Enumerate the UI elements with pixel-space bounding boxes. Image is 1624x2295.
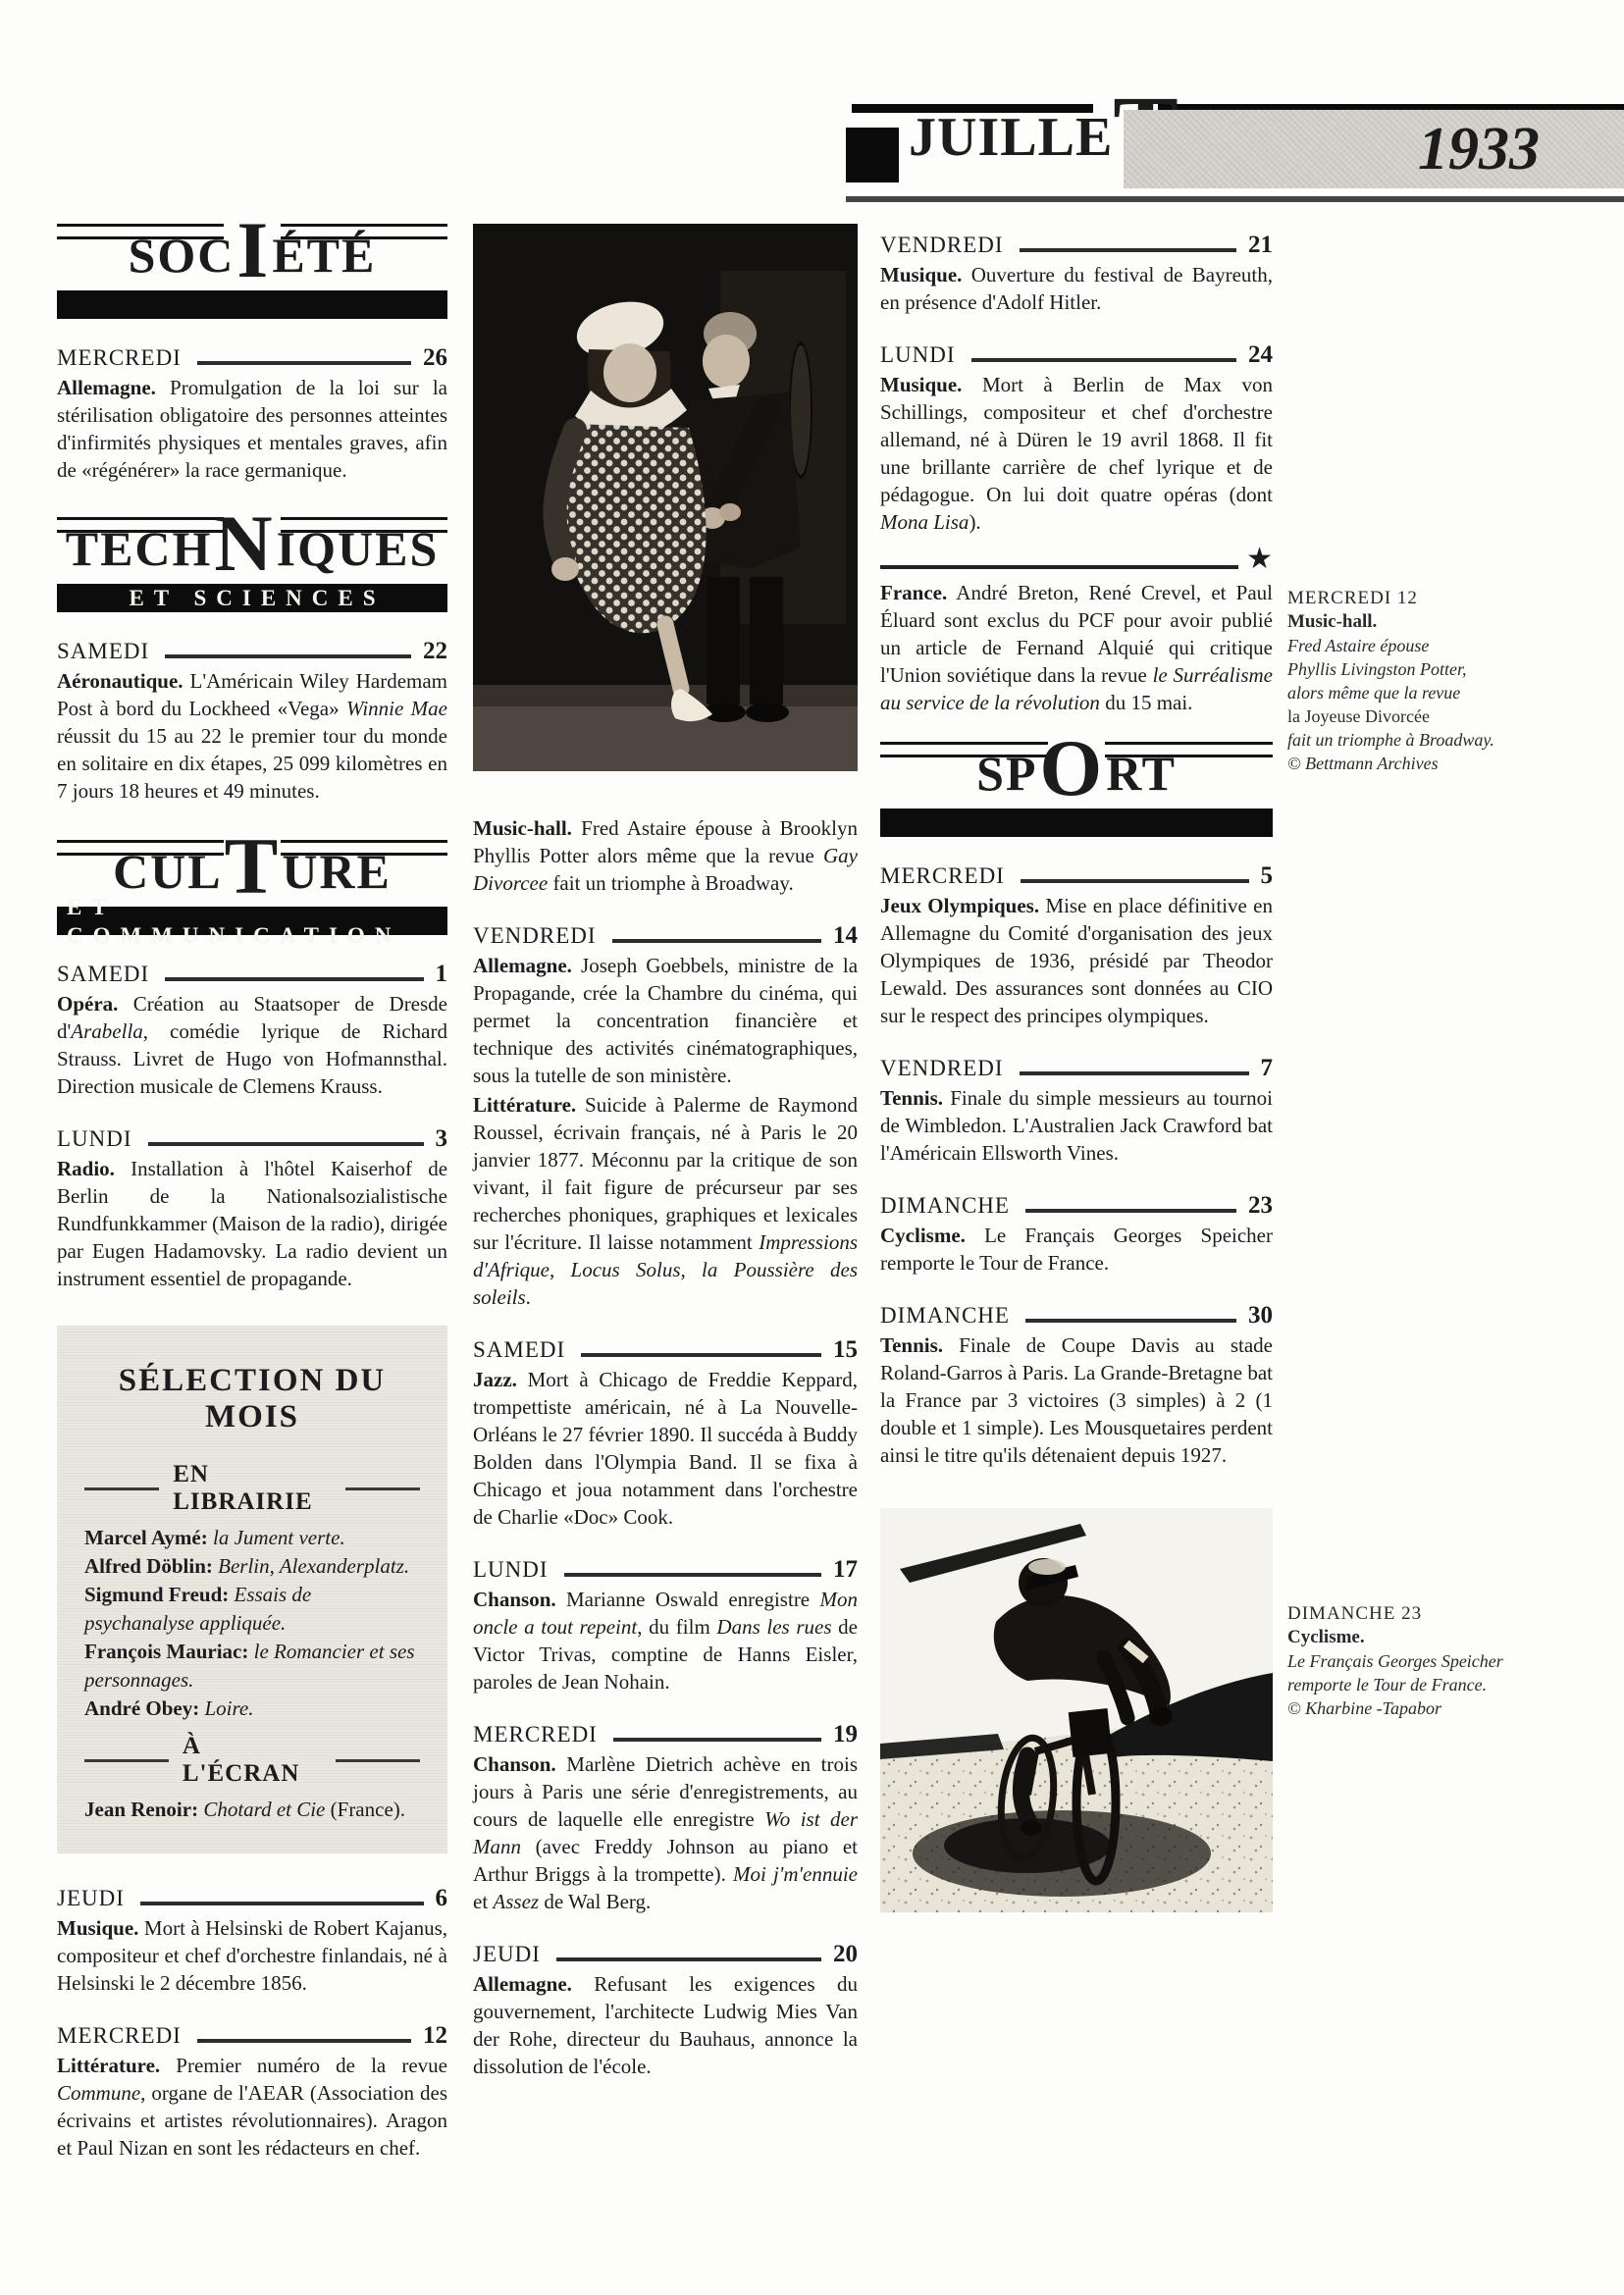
section-title-part: TECH bbox=[66, 521, 213, 576]
selection-rule bbox=[345, 1487, 420, 1490]
entry-day-rule bbox=[581, 1353, 821, 1357]
entry-samedi-15: SAMEDI 15 Jazz. Mort à Chicago de Freddi… bbox=[473, 1336, 858, 1531]
entry-day: LUNDI bbox=[880, 342, 956, 368]
entry-day-header: VENDREDI 7 bbox=[880, 1055, 1273, 1082]
masthead-bottom-rule bbox=[846, 196, 1624, 202]
selection-librairie-header: EN LIBRAIRIE bbox=[84, 1461, 420, 1516]
section-title-part: SOC bbox=[129, 228, 236, 283]
entry-day-rule bbox=[971, 358, 1236, 362]
entry-day-rule bbox=[556, 1957, 821, 1961]
section-title-part: IQUES bbox=[277, 521, 440, 576]
entry-day-header: MERCREDI 12 bbox=[57, 2022, 447, 2050]
entry-day: DIMANCHE bbox=[880, 1193, 1010, 1219]
entry-vendredi-7: VENDREDI 7 Tennis. Finale du simple mess… bbox=[880, 1055, 1273, 1167]
entry-body: Installation à l'hôtel Kaiserhof de Berl… bbox=[57, 1157, 447, 1290]
caption-lead: Music-hall. bbox=[473, 816, 572, 840]
entry-lead: Littérature. bbox=[473, 1093, 576, 1117]
section-bar: ET COMMUNICATION bbox=[57, 907, 447, 935]
entry-day-header: VENDREDI 14 bbox=[473, 922, 858, 950]
entry-lead: Musique. bbox=[880, 373, 962, 396]
entry-day-rule bbox=[197, 361, 411, 365]
entry-lead: Allemagne. bbox=[473, 1972, 572, 1996]
entry-day-header: SAMEDI 1 bbox=[57, 961, 447, 988]
book-author: Alfred Döblin: bbox=[84, 1554, 213, 1578]
entry-text: Musique. Ouverture du festival de Bayreu… bbox=[880, 261, 1273, 316]
entry-text: Musique. Mort à Berlin de Max von Schill… bbox=[880, 371, 1273, 536]
entry-day-number: 14 bbox=[833, 922, 858, 950]
entry-text: Allemagne. Refusant les exigences du gou… bbox=[473, 1970, 858, 2080]
entry-text: Chanson. Marianne Oswald enregistre Mon … bbox=[473, 1586, 858, 1695]
book-item: François Mauriac: le Romancier et ses pe… bbox=[84, 1638, 420, 1695]
photo-caption-paragraph: Music-hall. Fred Astaire épouse à Brookl… bbox=[473, 814, 858, 897]
caption-credit: © Kharbine -Tapabor bbox=[1287, 1696, 1616, 1720]
masthead: JUILLET 1933 bbox=[846, 94, 1624, 202]
entry-day-header: JEUDI 20 bbox=[473, 1941, 858, 1968]
column-middle: Music-hall. Fred Astaire épouse à Brookl… bbox=[473, 224, 858, 2080]
entry-day: VENDREDI bbox=[880, 1056, 1004, 1081]
entry-lundi-17: LUNDI 17 Chanson. Marianne Oswald enregi… bbox=[473, 1556, 858, 1695]
entry-lead: France. bbox=[880, 581, 947, 604]
entry-day: SAMEDI bbox=[473, 1337, 565, 1363]
entry-body: Mort à Chicago de Freddie Keppard, tromp… bbox=[473, 1368, 858, 1529]
entry-day-header: SAMEDI 22 bbox=[57, 638, 447, 665]
entry-day: VENDREDI bbox=[473, 923, 597, 949]
entry-day-number: 26 bbox=[423, 344, 447, 372]
caption-line: la Joyeuse Divorcée bbox=[1287, 704, 1616, 728]
column-right: VENDREDI 21 Musique. Ouverture du festiv… bbox=[880, 224, 1273, 1912]
entry-day-header: MERCREDI 19 bbox=[473, 1721, 858, 1748]
entry-day: MERCREDI bbox=[473, 1722, 598, 1747]
section-title-societe: SOCIÉTÉ bbox=[57, 224, 447, 287]
entry-lead: Cyclisme. bbox=[880, 1224, 966, 1247]
entry-day-number: 17 bbox=[833, 1556, 858, 1584]
entry-day-header: MERCREDI 5 bbox=[880, 862, 1273, 890]
section-sport: SPORT bbox=[880, 742, 1273, 837]
scanned-almanac-page: JUILLET 1933 SOCIÉTÉ MERCREDI 26 Allemag… bbox=[0, 0, 1624, 2295]
entry-day-header: DIMANCHE 30 bbox=[880, 1302, 1273, 1330]
selection-rule bbox=[336, 1759, 420, 1762]
caption-line: remporte le Tour de France. bbox=[1287, 1673, 1616, 1696]
entry-mercredi-19: MERCREDI 19 Chanson. Marlène Dietrich ac… bbox=[473, 1721, 858, 1915]
entry-lead: Chanson. bbox=[473, 1752, 556, 1776]
section-title-part: SP bbox=[976, 746, 1037, 801]
entry-samedi-22: SAMEDI 22 Aéronautique. L'Américain Wile… bbox=[57, 638, 447, 805]
film-item: Jean Renoir: Chotard et Cie (France). bbox=[84, 1796, 420, 1824]
entry-jeudi-6: JEUDI 6 Musique. Mort à Helsinski de Rob… bbox=[57, 1885, 447, 1997]
entry-dimanche-23: DIMANCHE 23 Cyclisme. Le Français George… bbox=[880, 1192, 1273, 1277]
masthead-square bbox=[846, 128, 899, 183]
entry-lead: Allemagne. bbox=[57, 376, 156, 399]
entry-body: Mort à Berlin de Max von Schillings, com… bbox=[880, 373, 1273, 534]
entry-day-rule bbox=[148, 1142, 424, 1146]
caption-day-line: MERCREDI 12 bbox=[1287, 587, 1616, 610]
entry-samedi-1: SAMEDI 1 Opéra. Création au Staatsoper d… bbox=[57, 961, 447, 1100]
entry-day-rule bbox=[564, 1573, 821, 1577]
section-bar: ET SCIENCES bbox=[57, 584, 447, 612]
section-bar bbox=[57, 290, 447, 319]
entry-day-header: LUNDI 3 bbox=[57, 1125, 447, 1153]
section-title-big-letter: T bbox=[223, 821, 283, 911]
entry-day-number: 24 bbox=[1248, 341, 1273, 369]
section-title-techniques: TECHNIQUES bbox=[57, 517, 447, 580]
selection-ecran-header: À L'ÉCRAN bbox=[84, 1733, 420, 1788]
entry-text: Littérature. Premier numéro de la revue … bbox=[57, 2052, 447, 2162]
entry-lead: Allemagne. bbox=[473, 954, 572, 977]
entry-mercredi-26: MERCREDI 26 Allemagne. Promulgation de l… bbox=[57, 344, 447, 484]
section-title-part: CUL bbox=[113, 844, 223, 899]
star-rule-line bbox=[880, 565, 1238, 569]
entry-text: Jeux Olympiques. Mise en place définitiv… bbox=[880, 892, 1273, 1029]
entry-dimanche-30: DIMANCHE 30 Tennis. Finale de Coupe Davi… bbox=[880, 1302, 1273, 1469]
selection-librairie-label: EN LIBRAIRIE bbox=[173, 1461, 331, 1516]
film-author: Jean Renoir: bbox=[84, 1798, 198, 1821]
entry-vendredi-14: VENDREDI 14 Allemagne. Joseph Goebbels, … bbox=[473, 922, 858, 1311]
book-item: Alfred Döblin: Berlin, Alexanderplatz. bbox=[84, 1552, 420, 1581]
entry-lundi-3: LUNDI 3 Radio. Installation à l'hôtel Ka… bbox=[57, 1125, 447, 1292]
entry-day-header: DIMANCHE 23 bbox=[880, 1192, 1273, 1220]
entry-day: LUNDI bbox=[473, 1557, 549, 1583]
entry-day-rule bbox=[1025, 1319, 1236, 1323]
entry-mercredi-5: MERCREDI 5 Jeux Olympiques. Mise en plac… bbox=[880, 862, 1273, 1029]
entry-day-header: JEUDI 6 bbox=[57, 1885, 447, 1912]
entry-day: MERCREDI bbox=[57, 2023, 182, 2049]
entry-lead: Tennis. bbox=[880, 1086, 943, 1110]
entry-body: Marlène Dietrich achève en trois jours à… bbox=[473, 1752, 858, 1913]
masthead-month-text: JUILLE bbox=[909, 107, 1113, 168]
book-title: la Jument verte. bbox=[213, 1526, 345, 1549]
book-item: Sigmund Freud: Essais de psychanalyse ap… bbox=[84, 1581, 420, 1638]
caption-line: fait un triomphe à Broadway. bbox=[1287, 728, 1616, 752]
caption-line: Phyllis Livingston Potter, bbox=[1287, 657, 1616, 681]
entry-lead: Chanson. bbox=[473, 1588, 556, 1611]
caption-day-line: DIMANCHE 23 bbox=[1287, 1602, 1616, 1626]
section-title-part: ÉTÉ bbox=[272, 228, 376, 283]
entry-text: Radio. Installation à l'hôtel Kaiserhof … bbox=[57, 1155, 447, 1292]
caption-line: alors même que la revue bbox=[1287, 681, 1616, 704]
entry-text: Allemagne. Promulgation de la loi sur la… bbox=[57, 374, 447, 484]
entry-day-rule bbox=[1021, 879, 1249, 883]
entry-day-number: 1 bbox=[436, 961, 448, 988]
entry-day-rule bbox=[197, 2039, 411, 2043]
entry-text: Chanson. Marlène Dietrich achève en troi… bbox=[473, 1750, 858, 1915]
entry-lundi-24: LUNDI 24 Musique. Mort à Berlin de Max v… bbox=[880, 341, 1273, 536]
entry-day-header: MERCREDI 26 bbox=[57, 344, 447, 372]
book-author: François Mauriac: bbox=[84, 1640, 248, 1663]
caption-category: Cyclisme. bbox=[1287, 1626, 1616, 1649]
entry-day-number: 20 bbox=[833, 1941, 858, 1968]
entry-day-rule bbox=[1020, 1071, 1249, 1075]
entry-day-rule bbox=[1020, 248, 1236, 252]
section-title-culture: CULTURE bbox=[57, 840, 447, 903]
entry-day-number: 3 bbox=[436, 1125, 448, 1153]
star-note-rule: ★ bbox=[880, 557, 1273, 577]
entry-jeudi-20: JEUDI 20 Allemagne. Refusant les exigenc… bbox=[473, 1941, 858, 2080]
book-title: Loire. bbox=[205, 1696, 254, 1720]
book-item: André Obey: Loire. bbox=[84, 1695, 420, 1723]
star-note-text: France. André Breton, René Crevel, et Pa… bbox=[880, 579, 1273, 716]
entry-day-rule bbox=[140, 1902, 424, 1905]
entry-day-number: 21 bbox=[1248, 232, 1273, 259]
selection-rule bbox=[84, 1487, 159, 1490]
section-title-part: RT bbox=[1106, 746, 1177, 801]
selection-title: SÉLECTION DU MOIS bbox=[84, 1363, 420, 1435]
book-author: Marcel Aymé: bbox=[84, 1526, 208, 1549]
margin-caption-cyclist: DIMANCHE 23 Cyclisme. Le Français George… bbox=[1287, 1602, 1616, 1720]
column-left: SOCIÉTÉ MERCREDI 26 Allemagne. Promulgat… bbox=[57, 224, 447, 2162]
section-societe: SOCIÉTÉ bbox=[57, 224, 447, 319]
book-title: Berlin, Alexanderplatz. bbox=[218, 1554, 409, 1578]
entry-day: SAMEDI bbox=[57, 639, 149, 664]
caption-credit: © Bettmann Archives bbox=[1287, 752, 1616, 775]
section-title-big-letter: O bbox=[1037, 723, 1106, 812]
entry-lead: Tennis. bbox=[880, 1333, 943, 1357]
entry-day-number: 23 bbox=[1248, 1192, 1273, 1220]
entry-day-rule bbox=[613, 1738, 821, 1742]
entry-day: JEUDI bbox=[473, 1942, 541, 1967]
book-item: Marcel Aymé: la Jument verte. bbox=[84, 1524, 420, 1552]
entry-day-number: 15 bbox=[833, 1336, 858, 1364]
section-title-part: URE bbox=[282, 844, 392, 899]
entry-day-rule bbox=[1025, 1209, 1236, 1213]
entry-text: Tennis. Finale du simple messieurs au to… bbox=[880, 1084, 1273, 1167]
entry-day-header: LUNDI 17 bbox=[473, 1556, 858, 1584]
caption-line: Le Français Georges Speicher bbox=[1287, 1649, 1616, 1673]
caption-line: Fred Astaire épouse bbox=[1287, 634, 1616, 657]
section-culture: CULTURE ET COMMUNICATION bbox=[57, 840, 447, 935]
entry-lead: Radio. bbox=[57, 1157, 115, 1180]
selection-ecran-label: À L'ÉCRAN bbox=[183, 1733, 322, 1788]
entry-day-number: 30 bbox=[1248, 1302, 1273, 1330]
entry-text: Musique. Mort à Helsinski de Robert Kaja… bbox=[57, 1914, 447, 1997]
entry-text: Aéronautique. L'Américain Wiley Hardemam… bbox=[57, 667, 447, 805]
entry-day-rule bbox=[165, 654, 411, 658]
star-icon: ★ bbox=[1246, 549, 1273, 569]
entry-day-number: 7 bbox=[1261, 1055, 1274, 1082]
entry-day: VENDREDI bbox=[880, 233, 1004, 258]
entry-day-rule bbox=[612, 939, 821, 943]
entry-day-header: VENDREDI 21 bbox=[880, 232, 1273, 259]
entry-day-header: LUNDI 24 bbox=[880, 341, 1273, 369]
masthead-year-box: 1933 bbox=[1124, 110, 1624, 188]
section-title-big-letter: I bbox=[235, 205, 272, 294]
entry-lead: Aéronautique. bbox=[57, 669, 183, 693]
section-subtitle: ET SCIENCES bbox=[119, 584, 385, 612]
masthead-year: 1933 bbox=[1124, 110, 1624, 188]
entry-day: JEUDI bbox=[57, 1886, 125, 1911]
entry-day-number: 5 bbox=[1261, 862, 1274, 890]
entry-day: LUNDI bbox=[57, 1126, 132, 1152]
entry-lead: Littérature. bbox=[57, 2054, 160, 2077]
entry-text: Littérature. Suicide à Palerme de Raymon… bbox=[473, 1091, 858, 1311]
entry-day: DIMANCHE bbox=[880, 1303, 1010, 1329]
selection-rule bbox=[84, 1759, 169, 1762]
book-author: André Obey: bbox=[84, 1696, 199, 1720]
entry-day-rule bbox=[165, 977, 423, 981]
entry-day: MERCREDI bbox=[57, 345, 182, 371]
photo-tour-de-france-cyclist bbox=[880, 1508, 1273, 1912]
film-title: Chotard et Cie (France). bbox=[203, 1798, 405, 1821]
entry-day-number: 19 bbox=[833, 1721, 858, 1748]
entry-lead: Opéra. bbox=[57, 992, 118, 1016]
margin-caption-astaire: MERCREDI 12 Music-hall. Fred Astaire épo… bbox=[1287, 587, 1616, 775]
entry-day: MERCREDI bbox=[880, 863, 1005, 889]
entry-day-number: 12 bbox=[423, 2022, 447, 2050]
entry-lead: Musique. bbox=[57, 1916, 138, 1940]
entry-mercredi-12: MERCREDI 12 Littérature. Premier numéro … bbox=[57, 2022, 447, 2162]
entry-vendredi-21: VENDREDI 21 Musique. Ouverture du festiv… bbox=[880, 232, 1273, 316]
entry-body: Suicide à Palerme de Raymond Roussel, éc… bbox=[473, 1093, 858, 1309]
caption-category: Music-hall. bbox=[1287, 610, 1616, 634]
entry-text: Cyclisme. Le Français Georges Speicher r… bbox=[880, 1222, 1273, 1277]
entry-lead: Jeux Olympiques. bbox=[880, 894, 1039, 917]
selection-du-mois-box: SÉLECTION DU MOIS EN LIBRAIRIE Marcel Ay… bbox=[57, 1326, 447, 1853]
entry-day-header: SAMEDI 15 bbox=[473, 1336, 858, 1364]
entry-text: Opéra. Création au Staatsoper de Dresde … bbox=[57, 990, 447, 1100]
section-bar bbox=[880, 808, 1273, 837]
section-techniques: TECHNIQUES ET SCIENCES bbox=[57, 517, 447, 612]
entry-text: Tennis. Finale de Coupe Davis au stade R… bbox=[880, 1331, 1273, 1469]
entry-day-number: 6 bbox=[436, 1885, 448, 1912]
entry-day: SAMEDI bbox=[57, 962, 149, 987]
section-title-big-letter: N bbox=[212, 498, 276, 588]
entry-text: Jazz. Mort à Chicago de Freddie Keppard,… bbox=[473, 1366, 858, 1531]
section-title-sport: SPORT bbox=[880, 742, 1273, 805]
photo-fred-astaire-wedding bbox=[473, 224, 858, 771]
entry-lead: Musique. bbox=[880, 263, 962, 287]
entry-lead: Jazz. bbox=[473, 1368, 517, 1391]
entry-text: Allemagne. Joseph Goebbels, ministre de … bbox=[473, 952, 858, 1089]
entry-day-number: 22 bbox=[423, 638, 447, 665]
book-author: Sigmund Freud: bbox=[84, 1583, 229, 1606]
